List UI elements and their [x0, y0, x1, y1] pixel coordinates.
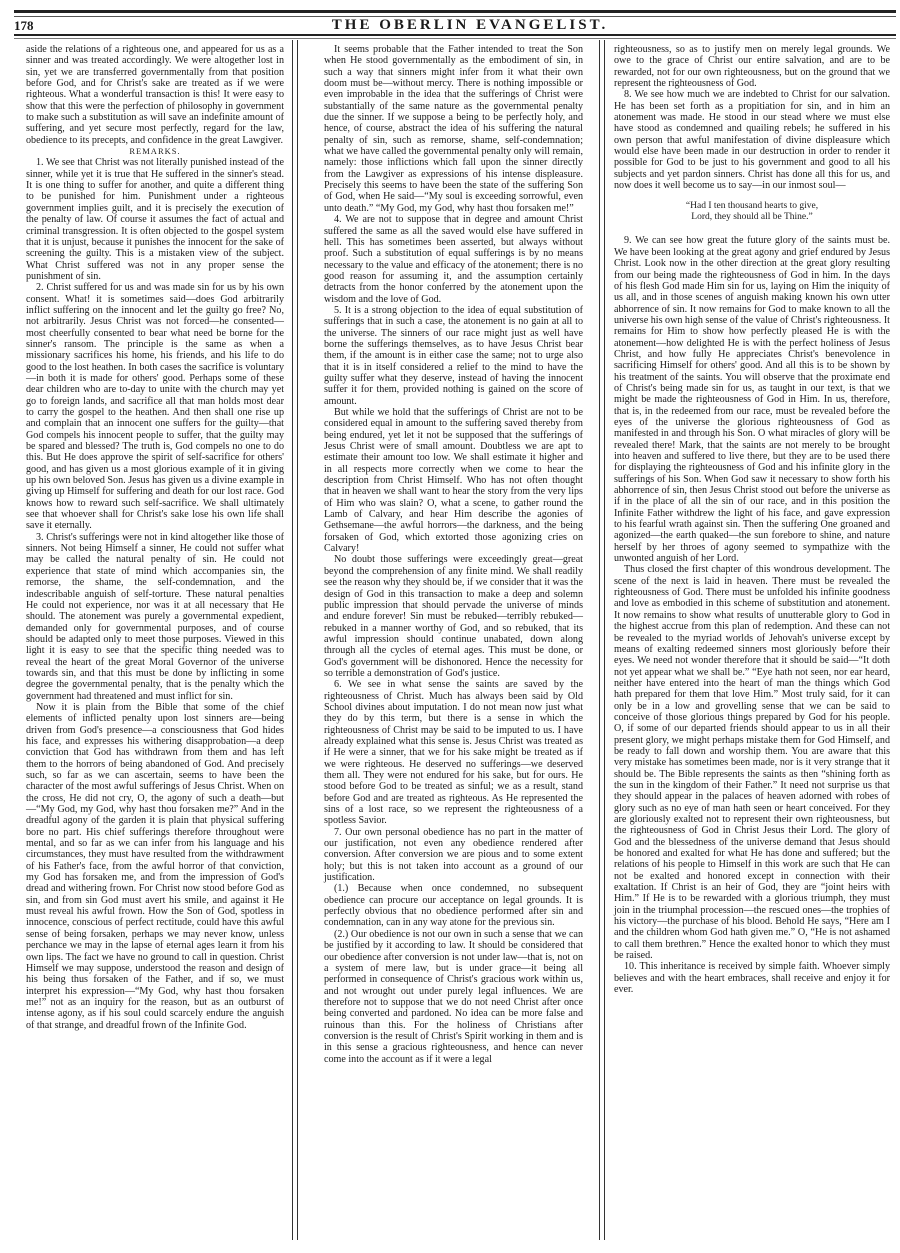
body-paragraph: aside the relations of a righteous one, … — [26, 44, 284, 146]
text-column-1: aside the relations of a righteous one, … — [26, 44, 284, 1031]
body-paragraph: 9. We can see how great the future glory… — [614, 235, 890, 564]
verse-line: Lord, they should all be Thine.” — [614, 212, 890, 223]
masthead-title: THE OBERLIN EVANGELIST. — [14, 17, 896, 34]
body-paragraph: 7. Our own personal obedience has no par… — [324, 827, 583, 884]
header-rule-bottom — [14, 34, 896, 39]
body-paragraph: No doubt those sufferings were exceeding… — [324, 554, 583, 679]
page-header: 178 THE OBERLIN EVANGELIST. — [14, 14, 896, 34]
column-divider — [292, 40, 298, 1240]
body-paragraph: 6. We see in what sense the saints are s… — [324, 679, 583, 826]
body-paragraph: 4. We are not to suppose that in degree … — [324, 214, 583, 305]
body-paragraph: 10. This inheritance is received by simp… — [614, 961, 890, 995]
body-paragraph: It seems probable that the Father intend… — [324, 44, 583, 214]
body-paragraph: 3. Christ's sufferings were not in kind … — [26, 532, 284, 702]
body-paragraph: But while we hold that the sufferings of… — [324, 407, 583, 554]
body-paragraph: Thus closed the first chapter of this wo… — [614, 564, 890, 961]
body-paragraph: 1. We see that Christ was not literally … — [26, 157, 284, 282]
verse-line: “Had I ten thousand hearts to give, — [614, 201, 890, 212]
body-paragraph: righteousness, so as to justify men on m… — [614, 44, 890, 89]
column-divider — [599, 40, 605, 1240]
body-paragraph: 5. It is a strong objection to the idea … — [324, 305, 583, 407]
section-heading: REMARKS. — [26, 146, 284, 157]
body-paragraph: (2.) Our obedience is not our own in suc… — [324, 929, 583, 1065]
body-paragraph: Now it is plain from the Bible that some… — [26, 702, 284, 1031]
body-paragraph: (1.) Because when once condemned, no sub… — [324, 883, 583, 928]
body-paragraph: 8. We see how much we are indebted to Ch… — [614, 89, 890, 191]
text-column-3: righteousness, so as to justify men on m… — [614, 44, 890, 996]
body-paragraph: 2. Christ suffered for us and was made s… — [26, 282, 284, 532]
text-column-2: It seems probable that the Father intend… — [324, 44, 583, 1065]
verse-quote: “Had I ten thousand hearts to give,Lord,… — [614, 201, 890, 223]
